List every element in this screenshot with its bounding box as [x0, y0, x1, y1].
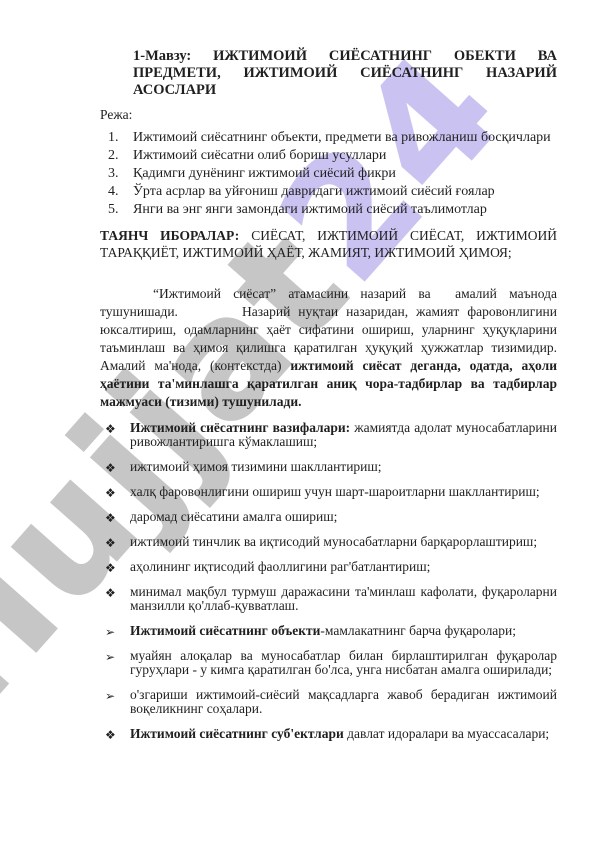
plan-item-number: 4. — [108, 183, 119, 201]
bullet-text: -мамлакатнинг барча фуқаролари; — [320, 623, 516, 638]
diamond-bullet-icon: ❖ — [105, 536, 116, 550]
plan-list: 1.Ижтимоий сиёсатнинг объекти, предмети … — [100, 129, 557, 219]
bullet-text: аҳолининг иқтисодий фаоллигини раг'батла… — [130, 559, 430, 574]
plan-item-text: Ижтимоий сиёсатни олиб бориш усуллари — [133, 148, 386, 163]
arrow-bullet-icon: ➢ — [105, 689, 115, 703]
diamond-bullet-icon: ❖ — [105, 461, 116, 475]
page-title: 1-Мавзу: ИЖТИМОИЙ СИЁСАТНИНГ ОБЕКТИ ВА П… — [133, 48, 557, 99]
plan-item-4: 4.Ўрта асрлар ва уйғониш давридаги ижтим… — [100, 183, 557, 201]
plan-item-text: Ўрта асрлар ва уйғониш давридаги ижтимои… — [133, 184, 495, 199]
bullet-text: ижтимоий ҳимоя тизимини шакллантириш; — [130, 459, 382, 474]
plan-item-1: 1.Ижтимоий сиёсатнинг объекти, предмети … — [100, 129, 557, 147]
plan-item-number: 1. — [108, 129, 119, 147]
bullet-section: ❖Ижтимоий сиёсатнинг вазифалари: жамиятд… — [100, 421, 557, 741]
plan-item-5: 5.Янги ва энг янги замондаги ижтимоий си… — [100, 201, 557, 219]
bullet-text: давлат идоралари ва муассасалари; — [344, 726, 549, 741]
plan-label: Режа: — [100, 106, 557, 123]
diamond-bullet-icon: ❖ — [105, 561, 116, 575]
diamond-bullet-icon: ❖ — [105, 586, 116, 600]
arrow-bullet-2: ➢муайян алоқалар ва муносабатлар билан б… — [100, 649, 557, 677]
plan-item-text: Ижтимоий сиёсатнинг объекти, предмети ва… — [133, 130, 551, 145]
document-page: Hujjat24 1-Мавзу: ИЖТИМОИЙ СИЁСАТНИНГ ОБ… — [0, 0, 596, 842]
keywords-label: ТАЯНЧ ИБОРАЛАР: — [100, 228, 239, 243]
title-line-1: 1-Мавзу: ИЖТИМОИЙ СИЁСАТНИНГ ОБЕКТИ ВА — [133, 48, 557, 65]
plan-item-number: 5. — [108, 201, 119, 219]
diamond-bullet-3: ❖халқ фаровонлигини ошириш учун шарт-шар… — [100, 485, 557, 499]
arrow-bullet-icon: ➢ — [105, 625, 115, 639]
arrow-bullet-1: ➢Ижтимоий сиёсатнинг объекти-мамлакатнин… — [100, 624, 557, 638]
bullet-bold-text: Ижтимоий сиёсатнинг вазифалари: — [130, 420, 350, 435]
arrow-bullet-3: ➢о'згариши ижтимоий-сиёсий мақсадларга ж… — [100, 688, 557, 716]
bullet-bold-text: Ижтимоий сиёсатнинг суб'ектлари — [130, 726, 344, 741]
plan-item-3: 3.Қадимги дунёнинг ижтимоий сиёсий фикри — [100, 165, 557, 183]
bullet-text: халқ фаровонлигини ошириш учун шарт-шаро… — [130, 484, 540, 499]
plan-item-text: Қадимги дунёнинг ижтимоий сиёсий фикри — [133, 166, 396, 181]
document-content: 1-Мавзу: ИЖТИМОИЙ СИЁСАТНИНГ ОБЕКТИ ВА П… — [0, 0, 596, 741]
keywords-paragraph: ТАЯНЧ ИБОРАЛАР: СИЁСАТ, ИЖТИМОИЙ СИЁСАТ,… — [100, 227, 557, 261]
diamond-bullet-6: ❖аҳолининг иқтисодий фаоллигини раг'батл… — [100, 560, 557, 574]
diamond-bullet-icon: ❖ — [105, 486, 116, 500]
diamond-bullet-8: ❖Ижтимоий сиёсатнинг суб'ектлари давлат … — [100, 727, 557, 741]
diamond-bullet-5: ❖ижтимоий тинчлик ва иқтисодий муносабат… — [100, 535, 557, 549]
bullet-text: даромад сиёсатини амалга ошириш; — [130, 509, 337, 524]
diamond-bullet-2: ❖ижтимоий ҳимоя тизимини шакллантириш; — [100, 460, 557, 474]
title-line-3: АСОСЛАРИ — [133, 82, 557, 99]
diamond-bullet-7: ❖минимал мақбул турмуш даражасини та'мин… — [100, 585, 557, 613]
diamond-bullet-icon: ❖ — [105, 728, 116, 742]
plan-item-number: 2. — [108, 147, 119, 165]
bullet-text: о'згариши ижтимоий-сиёсий мақсадларга жа… — [130, 687, 557, 716]
diamond-bullet-icon: ❖ — [105, 422, 116, 436]
lead-paragraph: “Ижтимоий сиёсат” атамасини назарий ва а… — [100, 285, 557, 411]
arrow-bullet-icon: ➢ — [105, 650, 115, 664]
title-line-2: ПРЕДМЕТИ, ИЖТИМОИЙ СИЁСАТНИНГ НАЗАРИЙ — [133, 65, 557, 82]
plan-item-text: Янги ва энг янги замондаги ижтимоий сиёс… — [133, 202, 487, 217]
bullet-text: ижтимоий тинчлик ва иқтисодий муносабатл… — [130, 534, 537, 549]
bullet-text: муайян алоқалар ва муносабатлар билан би… — [130, 648, 557, 677]
bullet-bold-text: Ижтимоий сиёсатнинг объекти — [130, 623, 320, 638]
diamond-bullet-icon: ❖ — [105, 511, 116, 525]
diamond-bullet-4: ❖даромад сиёсатини амалга ошириш; — [100, 510, 557, 524]
diamond-bullet-1: ❖Ижтимоий сиёсатнинг вазифалари: жамиятд… — [100, 421, 557, 449]
plan-item-number: 3. — [108, 165, 119, 183]
bullet-text: минимал мақбул турмуш даражасини та'минл… — [130, 584, 557, 613]
plan-item-2: 2.Ижтимоий сиёсатни олиб бориш усуллари — [100, 147, 557, 165]
